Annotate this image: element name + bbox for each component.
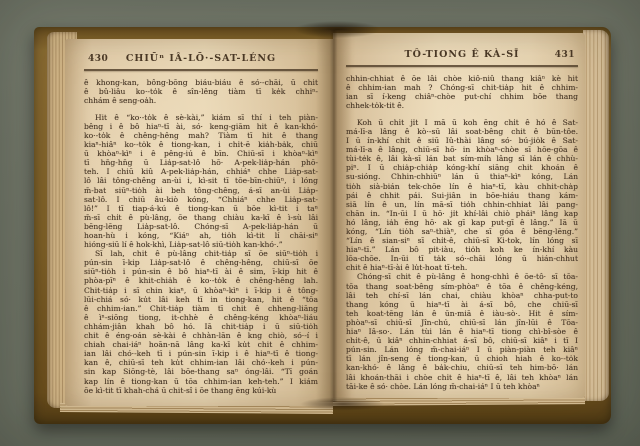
text-line: chhin-chhiat ê ōe lâi chòe kiô-niû thang… — [346, 74, 578, 83]
text-line: ū khòaⁿ-kìⁿ i ê pêng-iú ê bīn. Chiū-sī i… — [84, 149, 318, 158]
paragraph: Hit ê “ko·-to̍k ê sè-kài,” kiám sī thí i… — [84, 113, 318, 249]
left-page-text: ê khong-kan, bông-bōng biáu-biáu ê só·-c… — [84, 78, 318, 395]
paragraph: Chóng-sī chit ê pù-lâng ê hong-chhì ê ōe… — [346, 272, 578, 390]
paragraph: chhin-chhiat ê ōe lâi chòe kiô-niû thang… — [346, 74, 578, 110]
text-line: sat-lô. I chiū âu-kiò kóng, “Chhiáⁿ chhe… — [84, 195, 318, 204]
text-line: lūi-chiá só· ku̍t lâi keh tī in tiong-ka… — [84, 295, 318, 304]
text-line: tī hn̄g-hn̄g ū Lia̍p-sat-lô hō· A-pek-li… — [84, 158, 318, 167]
text-line: ian lâi chó·-keh tī i pún-sin ī-kip i ê … — [84, 349, 318, 358]
text-line: Sī lah, chit ê pù-lâng chit-tia̍p sī ōe … — [84, 249, 318, 258]
text-line: phòa-pīⁿ ê khit-chia̍h ê ko·-to̍k ê chên… — [84, 276, 318, 285]
text-line: lô lâi tông-chêng an-ùi i, kì-sit tī tōe… — [84, 176, 318, 185]
text-line: chit ê hiaⁿ-tī-ài ê lu̍t-hoat tī-teh. — [346, 263, 578, 272]
text-line: lōa-chōe. In-ūi tī ta̍k só·-chāi lóng ū … — [346, 254, 578, 263]
text-line: tōa thang soat-bêng sím-phòaⁿ ê tōa ê ch… — [346, 282, 578, 291]
paragraph: Sī lah, chit ê pù-lâng chit-tia̍p sī ōe … — [84, 249, 318, 395]
text-line: bêng i ê bô hiaⁿ-tī ài, só· keng-giām hi… — [84, 122, 318, 131]
text-line: ê chhim-ian.” Chit-tia̍p tiàm tī chit ê … — [84, 304, 318, 313]
text-line: “Lín ê sian-siⁿ sī chi̍t-ê, chiū-sī Ki-t… — [346, 236, 578, 245]
text-line: I ū ín-khí chi̍t ê siū Iû-thài lâng só· … — [346, 136, 578, 145]
text-line: má-lī-a ê lâng, chiū-sī hō· in khòaⁿ-chò… — [346, 145, 578, 154]
text-line: lô!” I tī tiap-á-kú ê tiong-kan ū bōe kì… — [84, 204, 318, 213]
photo-backdrop: 430 CHIŪⁿ IÂ-LŌ·-SAT-LÉNG ê khong-kan, b… — [0, 0, 640, 446]
left-page-header: 430 CHIŪⁿ IÂ-LŌ·-SAT-LÉNG — [84, 53, 318, 65]
text-line: pún-sin ī-kip Lia̍p-sat-lô ê chêng-hêng,… — [84, 258, 318, 267]
text-line: Koh ū chi̍t ji̍t I mā ū koh ēng chi̍t ê … — [346, 118, 578, 127]
text-line: chhek-to̍k-tit ê. — [346, 101, 578, 110]
text-line: ê bû-liâu ko·-to̍k ê sîn-lêng tiàm tī ke… — [84, 87, 318, 96]
text-line: ê khong-kan, bông-bōng biáu-biáu ê só·-c… — [84, 78, 318, 87]
page-edges-right — [583, 30, 609, 401]
text-line: tùi-te̍k ê, lâi kà-sī lán bat sím-mi̍h l… — [346, 154, 578, 163]
text-line: lâi khoán-thāi i chòe chi̍t ê hiaⁿ-tī ê,… — [346, 373, 578, 382]
text-line: má-lī-a lâng ê kò·-sū lâi soat-bêng chit… — [346, 127, 578, 136]
text-line: m̄-bat siūⁿ-tio̍h ài beh tông-chêng, á-s… — [84, 186, 318, 195]
text-line: chiah chai-iáⁿ hoān-nā lâng ka-kī ku̍t c… — [84, 340, 318, 349]
text-line: sin kap Siōng-tè, lâi bōe-thang saⁿ óng-… — [84, 367, 318, 376]
text-line: ê chhim-ian mah ? Chóng-sī chit-tia̍p hi… — [346, 83, 578, 92]
right-page-content: TÔ-TIONG Ê KÀ-SĪ 431 chhin-chhiat ê ōe l… — [346, 49, 578, 391]
left-running-head: CHIŪⁿ IÂ-LŌ·-SAT-LÉNG — [126, 53, 276, 64]
text-line: teh. I chiū kiû A-pek-lia̍p-hán, chhiáⁿ … — [84, 167, 318, 176]
text-line: pái ê chhit pái. Sui-jiân in bōe-hiáu th… — [346, 191, 578, 200]
right-header-rule — [346, 65, 578, 67]
text-line: thang kóng ū hiaⁿ-tī ài á-sī bô, che chi… — [346, 300, 578, 309]
text-line: chi̍t-ê, ū kiâⁿ chhin-chhiat á-sī bô, ch… — [346, 336, 578, 345]
text-line: chān in. “In-ūi I ū hō· ji̍t khí-lâi chi… — [346, 209, 578, 218]
text-line: tāi-ke ê só· chòe. Lán lóng m̄-chai-iáⁿ … — [346, 382, 578, 391]
text-line: Chit-tia̍p i sī chin kiaⁿ, ū khòaⁿ-kìⁿ i… — [84, 286, 318, 295]
text-line: hiaⁿ-tī.” Lán bô pit-iàu, tio̍h koh ke í… — [346, 245, 578, 254]
text-line: tio̍h sià-bián tek-chōe lín ê hiaⁿ-tī, k… — [346, 182, 578, 191]
text-line: hiaⁿ Iâ-so·. Lán tùi lán ê hiaⁿ-tī tiong… — [346, 327, 578, 336]
text-line: kap lín ê tiong-kan ū tōa chhim-ian keh-… — [84, 377, 318, 386]
text-line: siā lín ê un, lín mā-sī tio̍h chhin-chhi… — [346, 200, 578, 209]
right-page-text: chhin-chhiat ê ōe lâi chòe kiô-niû thang… — [346, 74, 578, 391]
text-line: pún-sin. Lán lóng m̄-chai-iáⁿ I ū piàn-p… — [346, 345, 578, 354]
text-line: hióng-siū lí ê hok-khì, Lia̍p-sat-lô siū… — [84, 240, 318, 249]
text-line: m̄-sī chi̍t ê pù-lâng, ōe thang chiàu ka… — [84, 213, 318, 222]
right-page-header: TÔ-TIONG Ê KÀ-SĪ 431 — [346, 49, 578, 61]
left-page-number: 430 — [88, 54, 108, 64]
text-line: ōe kì-tit tī khah-chá ū chit-sî i ōe tha… — [84, 386, 318, 395]
text-line: chit ê éng-oán sè-kài ê chhàn-lān ê kng … — [84, 331, 318, 340]
text-line: kan-khó· ê lâng ê ba̍k-chiu, chiū-sī teh… — [346, 363, 578, 372]
text-line: kóng, “Lín tio̍h saⁿ-thiàⁿ, che sī góa ê… — [346, 227, 578, 236]
text-line: piⁿ. I ū chia̍p-chia̍p kóng-khí siāng ch… — [346, 163, 578, 172]
text-line: lâi teh chí-sī lán chai, chiàu khòaⁿ chh… — [346, 291, 578, 300]
paragraph: Koh ū chi̍t ji̍t I mā ū koh ēng chi̍t ê … — [346, 118, 578, 273]
text-line: kiaⁿ-hiâⁿ ko·-to̍k ê tiong-kan, i chi̍t-… — [84, 140, 318, 149]
text-line: chhám-jiân khah bô hó. Iā chit-tia̍p i ū… — [84, 322, 318, 331]
text-line: phòaⁿ-sī chiū-sī Jîn-chú, chiū-sī lán jî… — [346, 318, 578, 327]
text-line: Hit ê “ko·-to̍k ê sè-kài,” kiám sī thí i… — [84, 113, 318, 122]
right-running-head: TÔ-TIONG Ê KÀ-SĪ — [405, 49, 520, 60]
text-line: su-sióng. Chhin-chhiūⁿ lán ū thiaⁿ-kìⁿ k… — [346, 172, 578, 181]
text-line: ian sī í-keng chiâⁿ-chòe put-chí chhim b… — [346, 92, 578, 101]
text-line: hó lâng, ia̍h ēng hō· ak gī kap put-gī ê… — [346, 218, 578, 227]
text-line: hoan-hù i kóng, “Kiáⁿ ah, tio̍h kì-tit l… — [84, 231, 318, 240]
text-line: ko·-to̍k ê chêng-hêng mah? Tiàm tī hit ê… — [84, 131, 318, 140]
text-line: bēng-lēng Lia̍p-sat-lô. Chóng-sī A-pek-l… — [84, 222, 318, 231]
text-line: teh koat-tēng lán ê ūn-miā ê iàu-sò·. Hi… — [346, 309, 578, 318]
text-line: kan ê, chiū-sī teh ku̍t chhim-ian lâi ch… — [84, 358, 318, 367]
text-line: Chóng-sī chit ê pù-lâng ê hong-chhì ê ōe… — [346, 272, 578, 281]
text-line: ê ìⁿ-siōng tiong, it-chhè ê chêng-kéng k… — [84, 313, 318, 322]
left-header-rule — [84, 69, 318, 71]
left-page-content: 430 CHIŪⁿ IÂ-LŌ·-SAT-LÉNG ê khong-kan, b… — [84, 53, 318, 395]
paragraph: ê khong-kan, bông-bōng biáu-biáu ê só·-c… — [84, 78, 318, 105]
text-line: chhám ê seng-oa̍h. — [84, 96, 318, 105]
right-page-number: 431 — [555, 50, 575, 60]
